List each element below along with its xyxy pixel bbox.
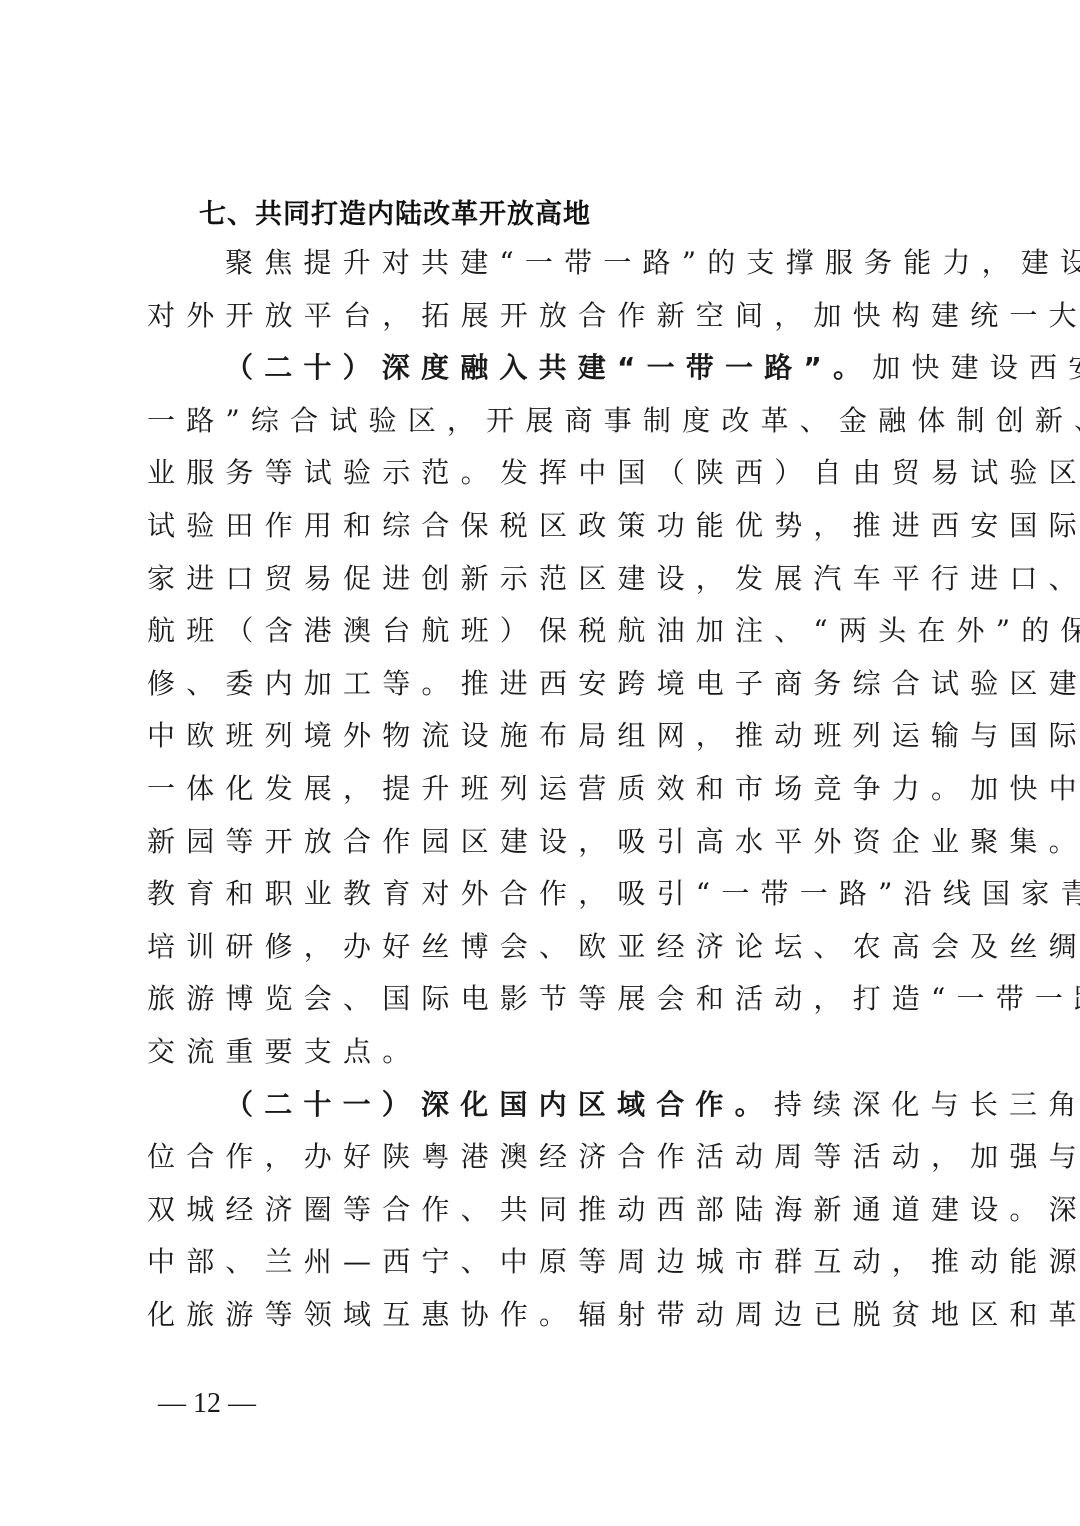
paragraph-line: 中部、兰州—西宁、中原等周边城市群互动，推动能源资源、文 xyxy=(147,1236,937,1289)
paragraph-first-line: （二十）深度融入共建“一带一路”。加快建设西安“一带 xyxy=(147,342,937,395)
paragraph-line: 化旅游等领域互惠协作。辐射带动周边已脱贫地区和革命老区发 xyxy=(147,1289,937,1342)
item-first-line-text: 持续深化与长三角地区全方 xyxy=(774,1088,1080,1121)
paragraph-line: 修、委内加工等。推进西安跨境电子商务综合试验区建设。加强 xyxy=(147,658,937,711)
paragraph-line: 位合作，办好陕粤港澳经济合作活动周等活动，加强与成渝地区 xyxy=(147,1131,937,1184)
paragraph-line: 中欧班列境外物流设施布局组网，推动班列运输与国际贸易结算 xyxy=(147,710,937,763)
item-lead-title: （二十一）深化国内区域合作。 xyxy=(225,1088,774,1121)
paragraph-line: 业服务等试验示范。发挥中国（陕西）自由贸易试验区改革开放 xyxy=(147,447,937,500)
intro-line: 对外开放平台，拓展开放合作新空间，加快构建统一大市场。 xyxy=(147,290,937,343)
paragraph-line: 培训研修，办好丝博会、欧亚经济论坛、农高会及丝绸之路国际 xyxy=(147,921,937,974)
paragraph-line: 试验田作用和综合保税区政策功能优势，推进西安国际港务区国 xyxy=(147,500,937,553)
page-number: — 12 — xyxy=(158,1386,256,1422)
paragraph-line: 航班（含港澳台航班）保税航油加注、“两头在外”的保税维 xyxy=(147,605,937,658)
paragraph-line: 双城经济圈等合作、共同推动西部陆海新通道建设。深化与山西 xyxy=(147,1184,937,1237)
document-page: 七、共同打造内陆改革开放高地 聚焦提升对共建“一带一路”的支撑服务能力，建设高标… xyxy=(147,193,937,1341)
item-lead-title: （二十）深度融入共建“一带一路”。 xyxy=(225,351,872,384)
paragraph-line: 一路”综合试验区，开展商事制度改革、金融体制创新、跨境专 xyxy=(147,395,937,448)
section-intro: 聚焦提升对共建“一带一路”的支撑服务能力，建设高标准 对外开放平台，拓展开放合作… xyxy=(147,237,937,342)
paragraph-line: 新园等开放合作园区建设，吸引高水平外资企业聚集。推动高等 xyxy=(147,816,937,869)
paragraph-line: 家进口贸易促进创新示范区建设，发展汽车平行进口、国际航线 xyxy=(147,553,937,606)
paragraph-item-21: （二十一）深化国内区域合作。持续深化与长三角地区全方 位合作，办好陕粤港澳经济合… xyxy=(147,1079,937,1342)
paragraph-item-20: （二十）深度融入共建“一带一路”。加快建设西安“一带 一路”综合试验区，开展商事… xyxy=(147,342,937,1078)
paragraph-first-line: （二十一）深化国内区域合作。持续深化与长三角地区全方 xyxy=(147,1079,937,1132)
paragraph-line: 一体化发展，提升班列运营质效和市场竞争力。加快中俄丝路创 xyxy=(147,763,937,816)
section-heading: 七、共同打造内陆改革开放高地 xyxy=(147,193,937,237)
item-first-line-text: 加快建设西安“一带 xyxy=(872,351,1080,384)
paragraph-line: 旅游博览会、国际电影节等展会和活动，打造“一带一路”人文 xyxy=(147,973,937,1026)
intro-line: 聚焦提升对共建“一带一路”的支撑服务能力，建设高标准 xyxy=(147,237,937,290)
paragraph-line: 交流重要支点。 xyxy=(147,1026,937,1079)
paragraph-line: 教育和职业教育对外合作，吸引“一带一路”沿线国家青年学者 xyxy=(147,868,937,921)
